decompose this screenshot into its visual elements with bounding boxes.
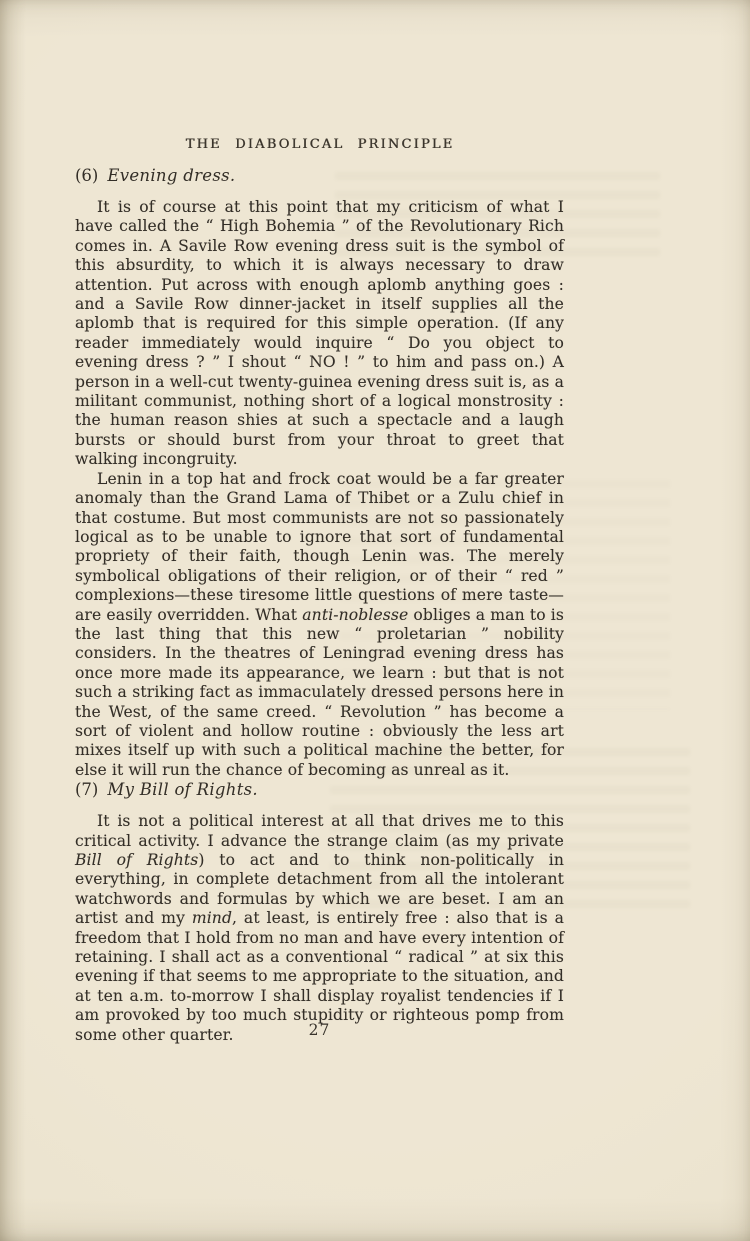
paragraph: Lenin in a top hat and frock coat would … [75, 470, 564, 781]
running-header: THE DIABOLICAL PRINCIPLE [0, 137, 640, 152]
section-number: (7) [75, 780, 98, 799]
book-page: THE DIABOLICAL PRINCIPLE (6)Evening dres… [0, 0, 750, 1241]
paragraph: It is not a political interest at all th… [75, 812, 564, 1045]
page-body: (6)Evening dress.It is of course at this… [75, 166, 564, 1045]
body-text: It is not a political interest at all th… [75, 812, 564, 849]
body-text: obliges a man to is the last thing that … [75, 606, 564, 779]
body-text: It is of course at this point that my cr… [75, 198, 564, 468]
section-heading: (6)Evening dress. [75, 166, 564, 186]
section-number: (6) [75, 166, 98, 185]
section-title: Evening dress. [107, 166, 235, 185]
body-text: Lenin in a top hat and frock coat would … [75, 470, 564, 624]
section-heading: (7)My Bill of Rights. [75, 780, 564, 800]
page-number: 27 [75, 1021, 564, 1039]
italic-text: mind [192, 909, 232, 927]
italic-text: Bill of Rights [75, 851, 198, 869]
italic-text: anti-noblesse [302, 606, 408, 624]
section-title: My Bill of Rights. [107, 780, 258, 799]
paragraph: It is of course at this point that my cr… [75, 198, 564, 470]
